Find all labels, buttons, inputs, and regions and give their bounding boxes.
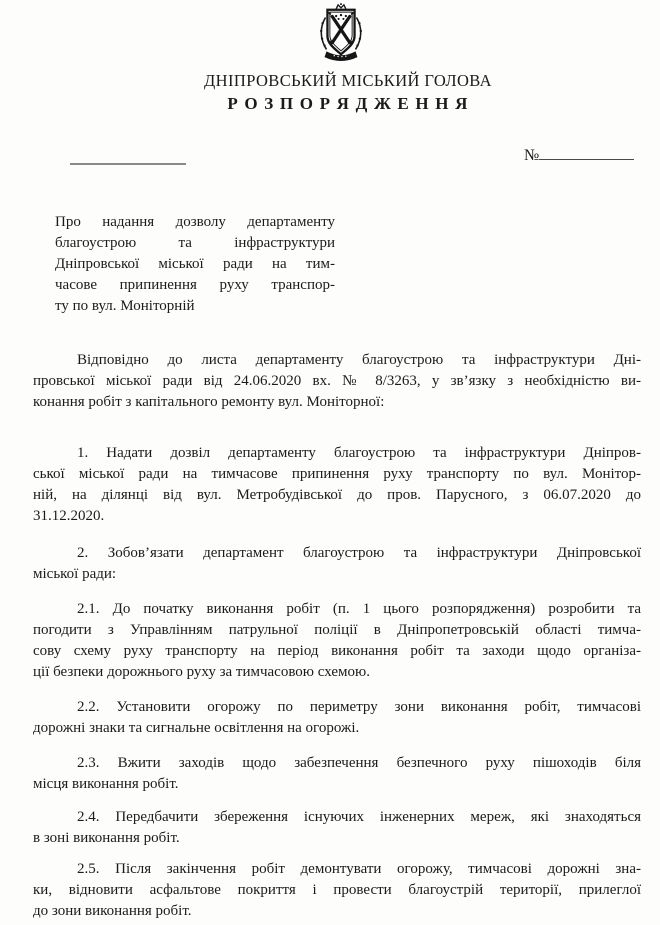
subject-block: Про надання дозволу департаментублагоуст… — [55, 212, 335, 317]
document-page: ДНІПРОВСЬКИЙ МІСЬКИЙ ГОЛОВА Р О З П О Р … — [0, 0, 660, 925]
text-line: 2. Зобов’язати департамент благоустрою т… — [33, 543, 641, 564]
document-body: Відповідно до листа департаменту благоус… — [33, 350, 641, 922]
text-line: часове припинення руху транспор- — [55, 275, 335, 296]
paragraph: 2.2. Установити огорожу по периметру зон… — [33, 697, 641, 739]
paragraph: 1. Надати дозвіл департаменту благоустро… — [33, 443, 641, 527]
text-line: Про надання дозволу департаменту — [55, 212, 335, 233]
text-line: ки, відновити асфальтове покриття і пров… — [33, 880, 641, 901]
text-line: місця виконання робіт. — [33, 774, 641, 795]
text-line: дорожні знаки та сигнальне освітлення на… — [33, 718, 641, 739]
paragraph: 2.5. Після закінчення робіт демонтувати … — [33, 859, 641, 922]
city-coat-of-arms-icon — [317, 2, 365, 62]
text-line: Дніпровської міської ради на тим- — [55, 254, 335, 275]
text-line: міської ради: — [33, 564, 641, 585]
text-line: 2.3. Вжити заходів щодо забезпечення без… — [33, 753, 641, 774]
text-line: до зони виконання робіт. — [33, 901, 641, 922]
doc-type-title: Р О З П О Р Я Д Ж Е Н Н Я — [36, 94, 660, 114]
paragraph: 2.4. Передбачити збереження існуючих інж… — [33, 807, 641, 849]
text-line: Відповідно до листа департаменту благоус… — [33, 350, 641, 371]
text-line: ції безпеки дорожнього руху за тимчасово… — [33, 662, 641, 683]
text-line: 2.5. Після закінчення робіт демонтувати … — [33, 859, 641, 880]
text-line: конання робіт з капітального ремонту вул… — [33, 392, 641, 413]
text-line: 31.12.2020. — [33, 506, 641, 527]
paragraph: 2. Зобов’язати департамент благоустрою т… — [33, 543, 641, 585]
text-line: 2.2. Установити огорожу по периметру зон… — [33, 697, 641, 718]
text-line: провської міської ради від 24.06.2020 вх… — [33, 371, 641, 392]
number-blank-field — [539, 145, 634, 160]
paragraph: 2.3. Вжити заходів щодо забезпечення без… — [33, 753, 641, 795]
number-label: № — [524, 147, 539, 164]
date-blank-field — [70, 150, 186, 165]
text-line: сову схему руху транспорту на період вик… — [33, 641, 641, 662]
number-row: № — [524, 145, 634, 165]
text-line: ської міської ради на тимчасове припинен… — [33, 464, 641, 485]
text-line: ту по вул. Моніторній — [55, 296, 335, 317]
text-line: благоустрою та інфраструктури — [55, 233, 335, 254]
text-line: ній, на ділянці від вул. Метробудівської… — [33, 485, 641, 506]
paragraph: Відповідно до листа департаменту благоус… — [33, 350, 641, 413]
text-line: в зоні виконання робіт. — [33, 828, 641, 849]
text-line: погодити з Управлінням патрульної поліці… — [33, 620, 641, 641]
text-line: 2.4. Передбачити збереження існуючих інж… — [33, 807, 641, 828]
text-line: 2.1. До початку виконання робіт (п. 1 ць… — [33, 599, 641, 620]
text-line: 1. Надати дозвіл департаменту благоустро… — [33, 443, 641, 464]
org-name: ДНІПРОВСЬКИЙ МІСЬКИЙ ГОЛОВА — [36, 71, 660, 91]
paragraph: 2.1. До початку виконання робіт (п. 1 ць… — [33, 599, 641, 683]
